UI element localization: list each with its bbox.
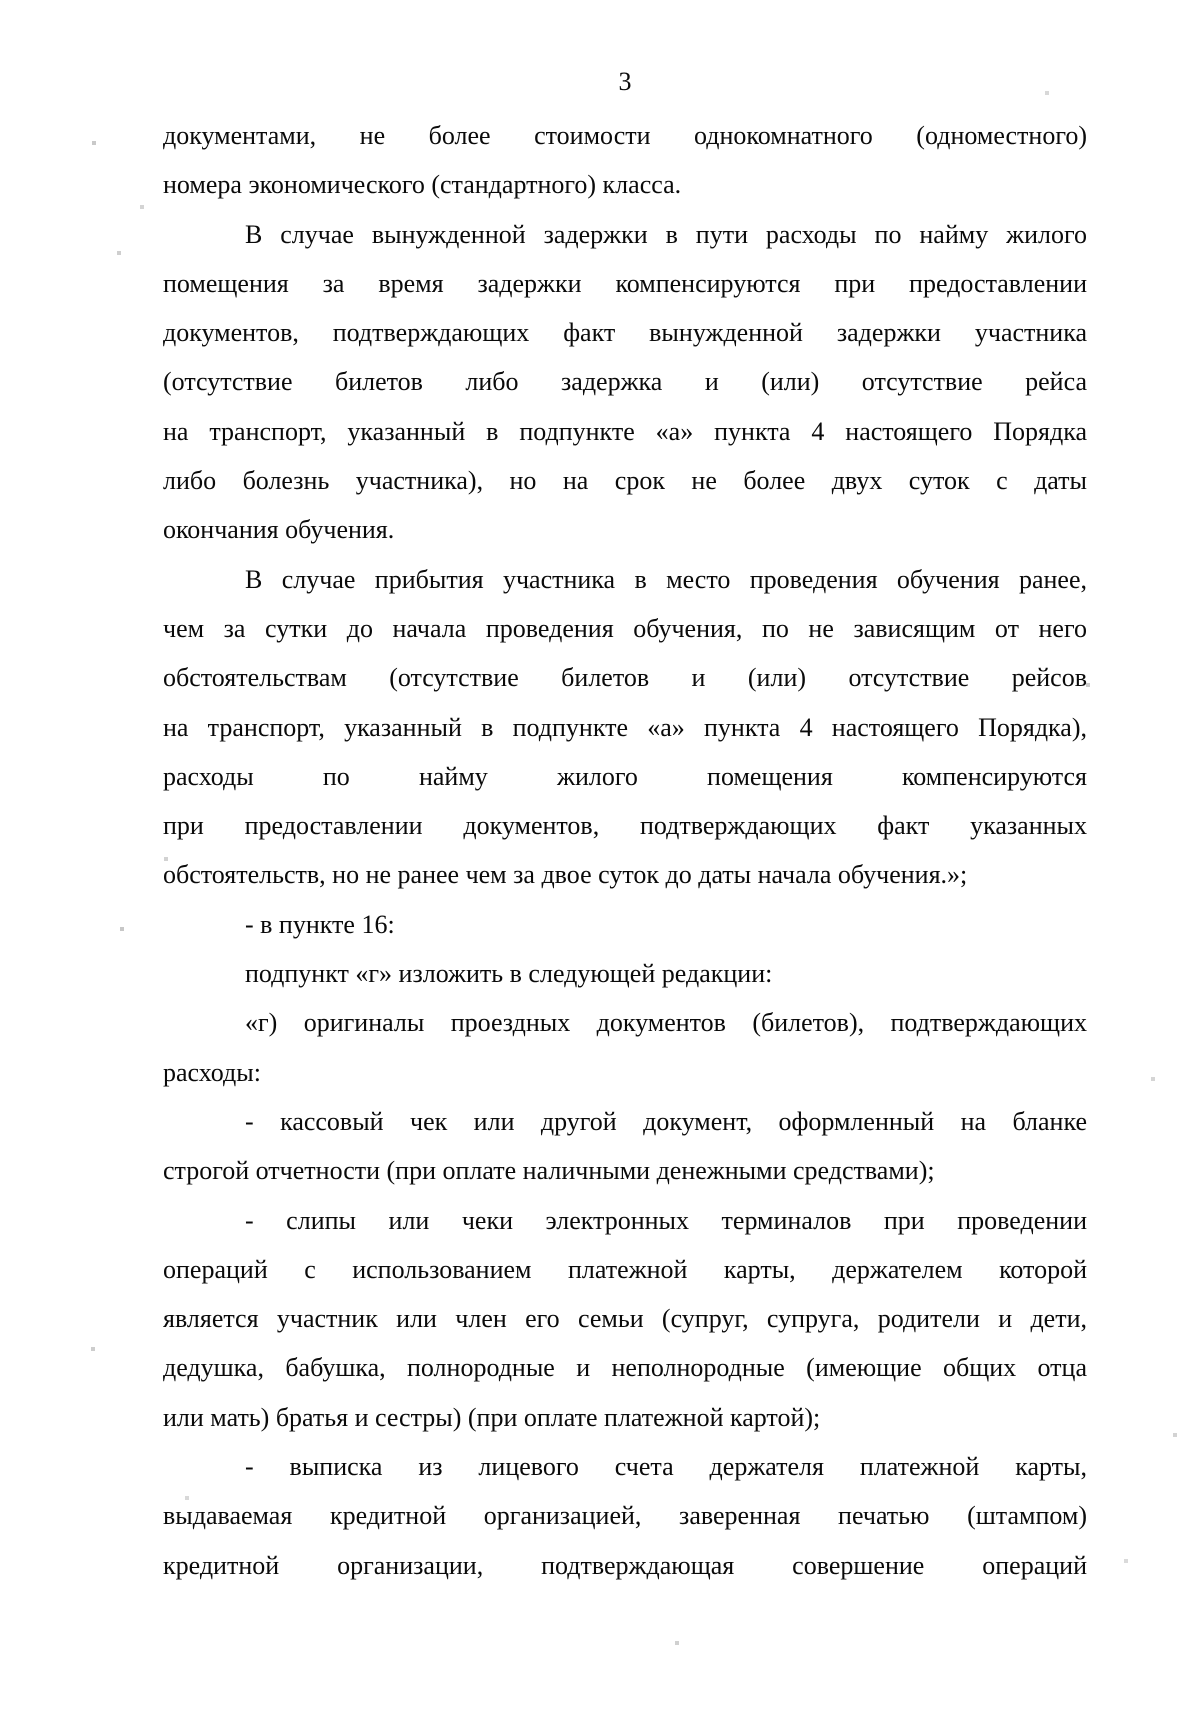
text-line: расходы по найму жилого помещения компен… (163, 752, 1087, 801)
scanned-document-page: 3 документами, не более стоимости одноко… (0, 0, 1200, 1713)
text-line: обстоятельствам (отсутствие билетов и (и… (163, 653, 1087, 702)
text-line: - выписка из лицевого счета держателя пл… (163, 1442, 1087, 1491)
paragraph: В случае вынужденной задержки в пути рас… (163, 210, 1087, 555)
text-line: В случае прибытия участника в место пров… (163, 555, 1087, 604)
text-line: окончания обучения. (163, 505, 1087, 554)
paragraph: «г) оригиналы проездных документов (биле… (163, 998, 1087, 1097)
text-line: документов, подтверждающих факт вынужден… (163, 308, 1087, 357)
text-line: подпункт «г» изложить в следующей редакц… (163, 949, 1087, 998)
paragraph: - в пункте 16: (163, 900, 1087, 949)
text-line: строгой отчетности (при оплате наличными… (163, 1146, 1087, 1195)
text-line: - слипы или чеки электронных терминалов … (163, 1196, 1087, 1245)
paragraph: - слипы или чеки электронных терминалов … (163, 1196, 1087, 1442)
text-line: чем за сутки до начала проведения обучен… (163, 604, 1087, 653)
paragraph: подпункт «г» изложить в следующей редакц… (163, 949, 1087, 998)
paragraph: В случае прибытия участника в место пров… (163, 555, 1087, 900)
text-line: либо болезнь участника), но на срок не б… (163, 456, 1087, 505)
paragraph: - кассовый чек или другой документ, офор… (163, 1097, 1087, 1196)
text-line: обстоятельств, но не ранее чем за двое с… (163, 850, 1087, 899)
text-line: «г) оригиналы проездных документов (биле… (163, 998, 1087, 1047)
text-line: (отсутствие билетов либо задержка и (или… (163, 357, 1087, 406)
text-line: В случае вынужденной задержки в пути рас… (163, 210, 1087, 259)
text-line: помещения за время задержки компенсируют… (163, 259, 1087, 308)
text-line: операций с использованием платежной карт… (163, 1245, 1087, 1294)
text-line: выдаваемая кредитной организацией, завер… (163, 1491, 1087, 1540)
paragraph: документами, не более стоимости однокомн… (163, 111, 1087, 210)
text-line: - кассовый чек или другой документ, офор… (163, 1097, 1087, 1146)
text-line: кредитной организации, подтверждающая со… (163, 1541, 1087, 1590)
text-line: расходы: (163, 1048, 1087, 1097)
text-line: или мать) братья и сестры) (при оплате п… (163, 1393, 1087, 1442)
text-line: является участник или член его семьи (су… (163, 1294, 1087, 1343)
scan-noise (0, 0, 2, 2)
text-line: на транспорт, указанный в подпункте «а» … (163, 703, 1087, 752)
paragraph: - выписка из лицевого счета держателя пл… (163, 1442, 1087, 1590)
text-line: дедушка, бабушка, полнородные и неполнор… (163, 1343, 1087, 1392)
text-line: документами, не более стоимости однокомн… (163, 111, 1087, 160)
page-number: 3 (163, 67, 1087, 97)
text-line: номера экономического (стандартного) кла… (163, 160, 1087, 209)
text-line: на транспорт, указанный в подпункте «а» … (163, 407, 1087, 456)
text-line: при предоставлении документов, подтвержд… (163, 801, 1087, 850)
document-body: документами, не более стоимости однокомн… (163, 111, 1087, 1590)
text-line: - в пункте 16: (163, 900, 1087, 949)
